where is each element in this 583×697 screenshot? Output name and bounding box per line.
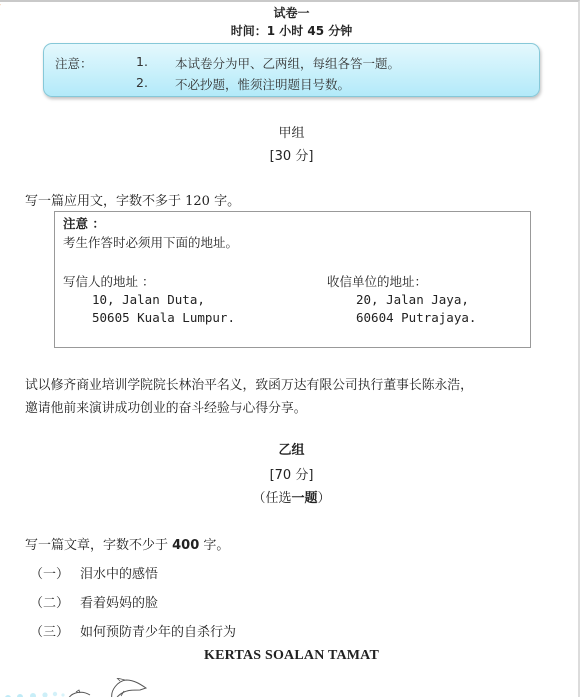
receiver-address-line2: 60604 Putrajaya. — [356, 310, 476, 325]
notice-label: 注意： — [55, 54, 93, 72]
paper-title: 试卷一 — [0, 4, 583, 21]
paper-end-text: KERTAS SOALAN TAMAT — [0, 648, 583, 664]
essay-option-text: 看着妈妈的脸 — [80, 592, 158, 611]
group-b-instruction: 写一篇文章，字数不少于 400 字。 — [25, 534, 229, 553]
instruction-word-count: 400 — [172, 538, 199, 553]
group-b-marks: [70 分] — [0, 464, 583, 483]
group-a-marks: [30 分] — [0, 145, 583, 164]
address-note-text: 考生作答时必须用下面的地址。 — [63, 233, 238, 251]
address-note-label: 注意 ： — [63, 214, 105, 232]
address-box: 注意 ： 考生作答时必须用下面的地址。 写信人的地址 ： 10, Jalan D… — [54, 211, 531, 348]
sender-address-label: 写信人的地址 ： — [63, 272, 154, 290]
notice-item-text: 本试卷分为甲、乙两组，每组各答一题。 — [175, 54, 400, 72]
essay-option-text: 如何预防青少年的自杀行为 — [80, 621, 236, 640]
choose-suffix: ） — [318, 491, 331, 506]
notice-box: 注意： 1. 本试卷分为甲、乙两组，每组各答一题。 2. 不必抄题，惟须注明题目… — [43, 43, 540, 97]
group-a-instruction: 写一篇应用文，字数不多于 120 字。 — [25, 190, 240, 209]
instruction-suffix: 字。 — [199, 538, 229, 553]
choose-prefix: （任选 — [252, 491, 291, 506]
group-b-title: 乙组 — [0, 439, 583, 458]
group-b-choose-note: （任选一题） — [0, 487, 583, 506]
notice-item-text: 不必抄题，惟须注明题目号数。 — [175, 75, 350, 93]
notice-item-number: 1. — [136, 54, 148, 69]
group-a-question-line-2: 邀请他前来演讲成功创业的奋斗经验与心得分享。 — [25, 397, 307, 416]
essay-option-number: （三） — [30, 621, 69, 640]
essay-option-number: （一） — [30, 563, 69, 582]
footer-decoration — [0, 678, 200, 697]
sender-address-line1: 10, Jalan Duta, — [92, 292, 205, 307]
exam-page: 试卷一 时间：1 小时 45 分钟 注意： 1. 本试卷分为甲、乙两组，每组各答… — [0, 0, 580, 697]
receiver-address-label: 收信单位的地址： — [327, 272, 427, 290]
notice-item-number: 2. — [136, 75, 148, 90]
essay-option-number: （二） — [30, 592, 69, 611]
receiver-address-line1: 20, Jalan Jaya, — [356, 292, 469, 307]
essay-option-text: 泪水中的感悟 — [80, 563, 158, 582]
instruction-prefix: 写一篇文章，字数不少于 — [25, 538, 172, 553]
dolphin-icon — [0, 678, 200, 697]
group-a-title: 甲组 — [0, 122, 583, 141]
time-allowed: 时间：1 小时 45 分钟 — [0, 22, 583, 39]
sender-address-line2: 50605 Kuala Lumpur. — [92, 310, 235, 325]
group-a-question-line-1: 试以修齐商业培训学院院长林治平名义，致函万达有限公司执行董事长陈永浩， — [25, 374, 473, 393]
choose-emphasis: 一题 — [291, 491, 317, 506]
